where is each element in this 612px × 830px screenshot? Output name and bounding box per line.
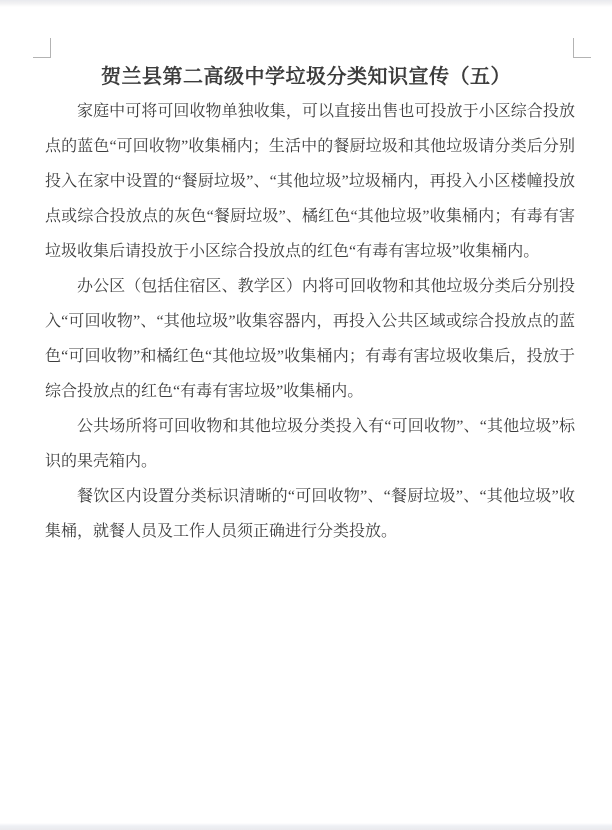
- page-bottom-edge: [0, 823, 612, 830]
- margin-mark-top-right-icon: [573, 38, 591, 58]
- page-top-edge: [0, 0, 612, 7]
- margin-mark-top-left-icon: [33, 38, 51, 58]
- document-title: 贺兰县第二高级中学垃圾分类知识宣传（五）: [0, 60, 612, 94]
- paragraph-public-places-waste: 公共场所将可回收物和其他垃圾分类投入有“可回收物”、“其他垃圾”标识的果壳箱内。: [45, 409, 575, 479]
- document-page: 贺兰县第二高级中学垃圾分类知识宣传（五） 家庭中可将可回收物单独收集，可以直接出…: [0, 0, 612, 830]
- paragraph-home-waste: 家庭中可将可回收物单独收集，可以直接出售也可投放于小区综合投放点的蓝色“可回收物…: [45, 94, 575, 269]
- document-body: 家庭中可将可回收物单独收集，可以直接出售也可投放于小区综合投放点的蓝色“可回收物…: [45, 94, 575, 549]
- paragraph-dining-area-waste: 餐饮区内设置分类标识清晰的“可回收物”、“餐厨垃圾”、“其他垃圾”收集桶，就餐人…: [45, 479, 575, 549]
- paragraph-office-waste: 办公区（包括住宿区、教学区）内将可回收物和其他垃圾分类后分别投入“可回收物”、“…: [45, 269, 575, 409]
